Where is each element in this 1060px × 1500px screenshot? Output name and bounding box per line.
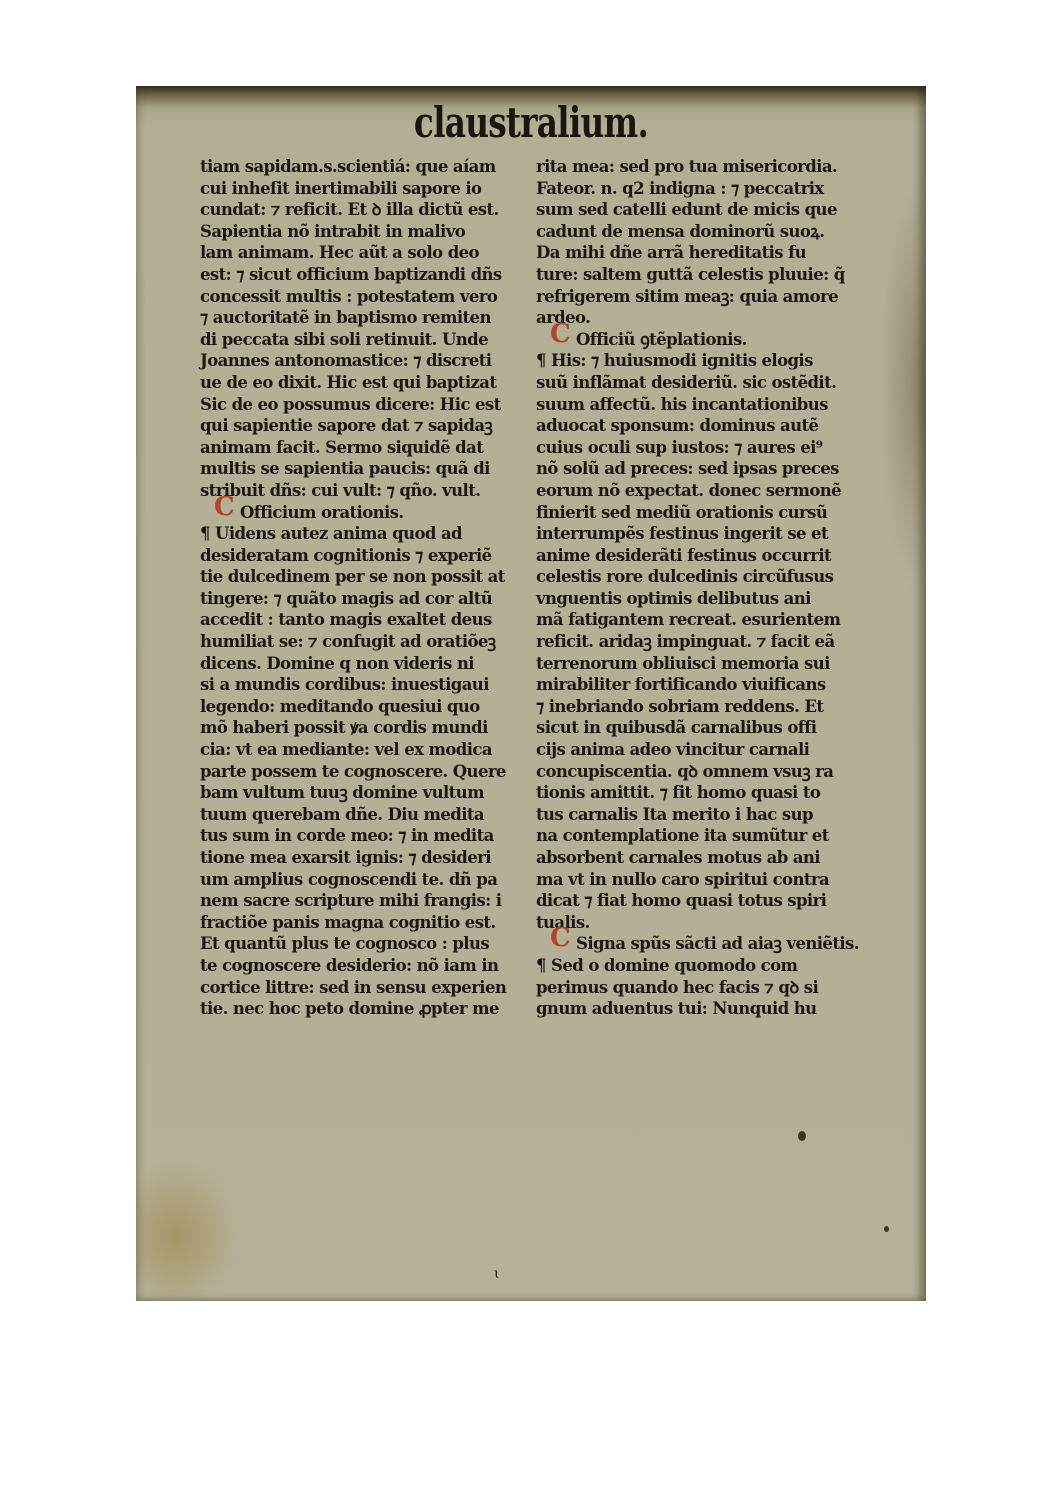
text-line: si a mundis cordibus: inuestigaui [200,674,530,696]
text-line: terrenorum obliuisci memoria sui [536,653,866,675]
text-line: di peccata sibi soli retinuit. Unde [200,329,530,351]
text-line: cortice littre: sed in sensu experien [200,977,530,999]
rubric-initial: C [214,497,234,519]
text-line: cundat: ⁊ reficit. Et ꝺ illa dictũ est. [200,199,530,221]
signature-mark: ɩ [494,1266,500,1282]
text-line: um amplius cognoscendi te. dñ pa [200,869,530,891]
text-line: tie. nec hoc peto domine ꝓpter me [200,998,530,1020]
text-line: cia: vt ea mediante: vel ex modica [200,739,530,761]
text-line: lam animam. Hec aũt a solo deo [200,242,530,264]
text-line: aduocat sponsum: dominus autẽ [536,415,866,437]
section-heading: COfficium orationis. [200,502,530,524]
rubric-initial: C [550,928,570,950]
text-line: Sapientia nõ intrabit in malivo [200,221,530,243]
text-line: Sic de eo possumus dicere: Hic est [200,394,530,416]
text-line: tione mea exarsit ignis: ⁊ desideri [200,847,530,869]
text-line: dicat ⁊ fiat homo quasi totus spiri [536,890,866,912]
text-line: suũ inflãmat desideriũ. sic ostẽdit. [536,372,866,394]
text-line: nõ solũ ad preces: sed ipsas preces [536,458,866,480]
text-line: est: ⁊ sicut officium baptizandi dñs [200,264,530,286]
text-line: parte possem te cognoscere. Quere [200,761,530,783]
text-line: ¶ Uidens autez anima quod ad [200,523,530,545]
text-line: Joannes antonomastice: ⁊ discreti [200,350,530,372]
text-line: vnguentis optimis delibutus ani [536,588,866,610]
text-line: anime desiderãti festinus occurrit [536,545,866,567]
text-line: sum sed catelli edunt de micis que [536,199,866,221]
text-line: cadunt de mensa dominorũ suoꝝ. [536,221,866,243]
text-line: tus sum in corde meo: ⁊ in medita [200,825,530,847]
text-line: tus carnalis Ita merito i hac sup [536,804,866,826]
text-line: legendo: meditando quesiui quo [200,696,530,718]
text-line: tingere: ⁊ quãto magis ad cor altũ [200,588,530,610]
text-line: Et quantũ plus te cognosco : plus [200,933,530,955]
section-heading: COfficiũ ꝯtẽplationis. [536,329,866,351]
text-line: mirabiliter fortificando viuificans [536,674,866,696]
text-line: animam facit. Sermo siquidẽ dat [200,437,530,459]
section-heading-text: Officium orationis. [240,503,404,522]
text-line: ardeo. [536,307,866,329]
text-line: interrumpẽs festinus ingerit se et [536,523,866,545]
text-line: bam vultum tuuꝫ domine vultum [200,782,530,804]
text-line: ma vt in nullo caro spiritui contra [536,869,866,891]
text-line: ¶ Sed o domine quomodo com [536,955,866,977]
text-line: tiam sapidam.s.scientiá: que aíam [200,156,530,178]
text-line: accedit : tanto magis exaltet deus [200,609,530,631]
text-line: suum affectũ. his incantationibus [536,394,866,416]
text-line: cijs anima adeo vincitur carnali [536,739,866,761]
text-line: dicens. Domine q non videris ni [200,653,530,675]
text-line: reficit. aridaꝫ impinguat. ⁊ facit eã [536,631,866,653]
text-line: absorbent carnales motus ab ani [536,847,866,869]
text-line: ¶ His: ⁊ huiusmodi ignitis elogis [536,350,866,372]
text-line: qui sapientie sapore dat ⁊ sapidaꝫ [200,415,530,437]
section-heading-text: Officiũ ꝯtẽplationis. [576,330,747,349]
text-column-left: tiam sapidam.s.scientiá: que aíamcui inh… [200,156,530,1020]
text-line: finierit sed mediũ orationis cursũ [536,502,866,524]
section-heading-text: Signa spũs sãcti ad aiaꝫ veniẽtis. [576,934,859,953]
text-line: desideratam cognitionis ⁊ experiẽ [200,545,530,567]
text-line: ⁊ auctoritatẽ in baptismo remiten [200,307,530,329]
text-line: eorum nõ expectat. donec sermonẽ [536,480,866,502]
text-line: tuum querebam dñe. Diu medita [200,804,530,826]
text-line: mõ haberi possit ꝟa cordis mundi [200,717,530,739]
text-line: refrigerem sitim meaꝫ: quia amore [536,286,866,308]
text-line: tie dulcedinem per se non possit at [200,566,530,588]
text-line: sicut in quibusdã carnalibus offi [536,717,866,739]
text-line: rita mea: sed pro tua misericordia. [536,156,866,178]
ink-spot [884,1226,889,1232]
text-line: cui inheſit inertimabili sapore io [200,178,530,200]
text-line: ue de eo dixit. Hic est qui baptizat [200,372,530,394]
text-line: cuius oculi sup iustos: ⁊ aures ei⁹ [536,437,866,459]
text-line: tualis. [536,912,866,934]
text-line: ⁊ inebriando sobriam reddens. Et [536,696,866,718]
text-line: nem sacre scripture mihi frangis: i [200,890,530,912]
text-line: multis se sapientia paucis: quã di [200,458,530,480]
manuscript-page: claustralium. tiam sapidam.s.scientiá: q… [136,86,926,1301]
text-line: te cognoscere desiderio: nõ iam in [200,955,530,977]
text-line: na contemplatione ita sumũtur et [536,825,866,847]
text-line: gnum aduentus tui: Nunquid hu [536,998,866,1020]
section-heading: CSigna spũs sãcti ad aiaꝫ veniẽtis. [536,933,866,955]
text-line: tionis amittit. ⁊ fit homo quasi to [536,782,866,804]
text-line: Da mihi dñe arrã hereditatis fu [536,242,866,264]
rubric-initial: C [550,324,570,346]
text-column-right: rita mea: sed pro tua misericordia.Fateo… [536,156,866,1020]
text-line: concessit multis : potestatem vero [200,286,530,308]
text-line: stribuit dñs: cui vult: ⁊ qño. vult. [200,480,530,502]
text-line: perimus quando hec facis ⁊ qꝺ si [536,977,866,999]
text-line: mã fatigantem recreat. esurientem [536,609,866,631]
running-head: claustralium. [223,98,839,147]
ink-spot [798,1131,806,1141]
text-line: Fateor. n. q2 indigna : ⁊ peccatrix [536,178,866,200]
text-line: ture: saltem guttã celestis pluuie: q̃ [536,264,866,286]
text-line: humiliat se: ⁊ confugit ad oratiõeꝫ [200,631,530,653]
text-line: celestis rore dulcedinis circũfusus [536,566,866,588]
text-line: fractiõe panis magna cognitio est. [200,912,530,934]
text-line: concupiscentia. qꝺ omnem vsuꝫ ra [536,761,866,783]
